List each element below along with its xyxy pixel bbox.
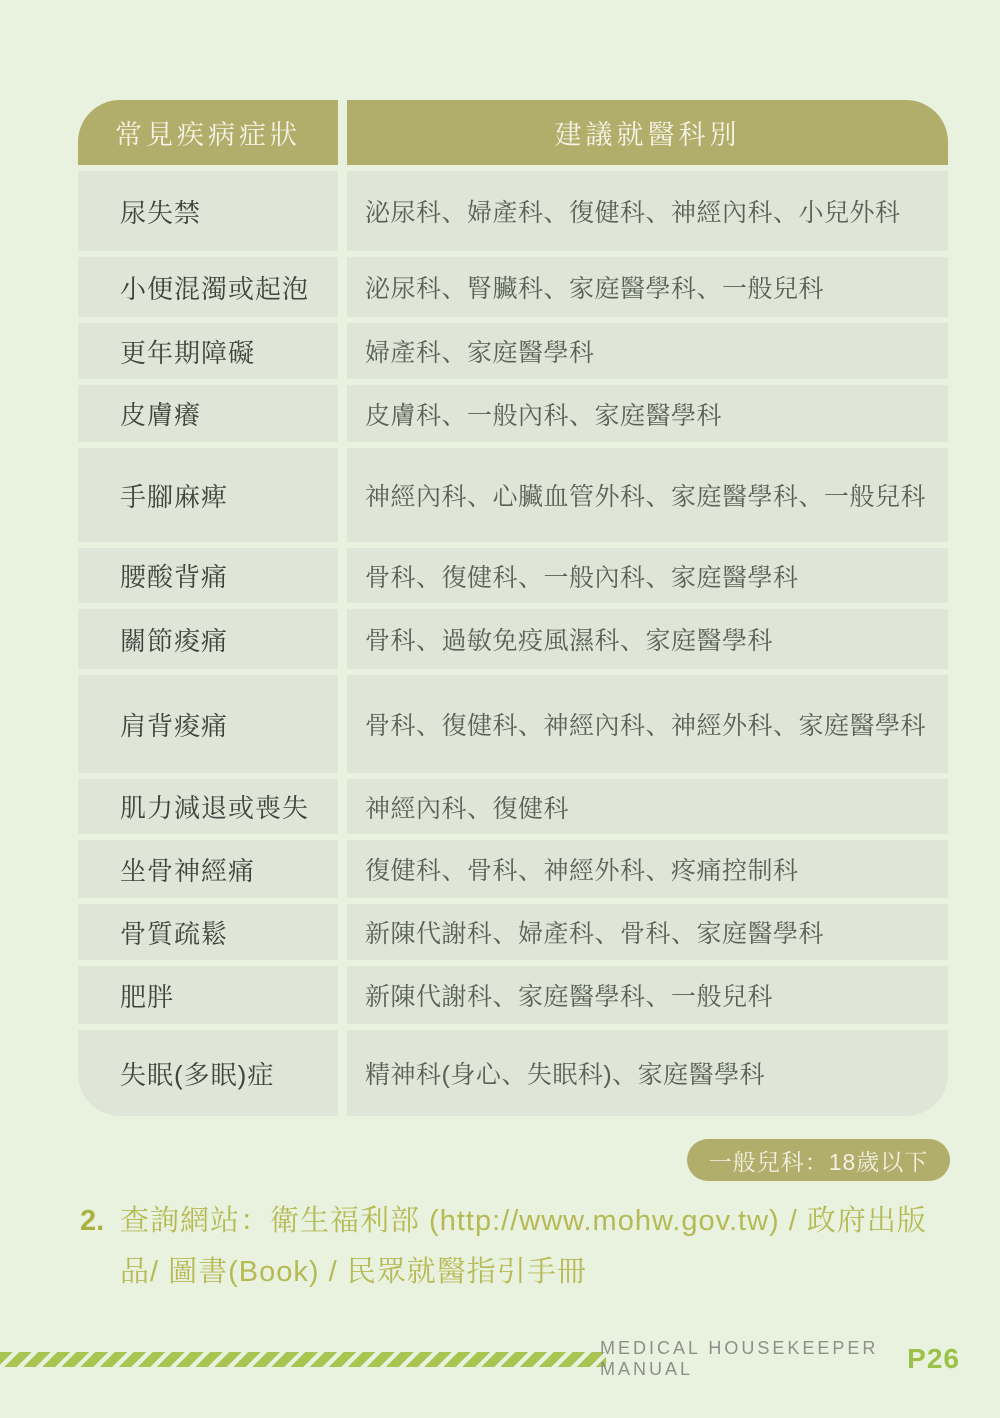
table-row: 手腳麻痺 神經內科、心臟血管外科、家庭醫學科、一般兒科 xyxy=(78,448,948,542)
table-row: 更年期障礙 婦產科、家庭醫學科 xyxy=(78,323,948,379)
symptom-cell: 手腳麻痺 xyxy=(78,448,338,542)
header-symptom-column: 常見疾病症狀 xyxy=(78,100,338,165)
symptom-cell: 腰酸背痛 xyxy=(78,548,338,603)
symptom-cell: 坐骨神經痛 xyxy=(78,840,338,898)
table-row: 肥胖 新陳代謝科、家庭醫學科、一般兒科 xyxy=(78,966,948,1024)
department-cell: 骨科、過敏免疫風濕科、家庭醫學科 xyxy=(347,609,948,669)
table-row: 小便混濁或起泡 泌尿科、腎臟科、家庭醫學科、一般兒科 xyxy=(78,257,948,317)
footer-hatch-stripe xyxy=(0,1352,606,1367)
symptom-cell: 皮膚癢 xyxy=(78,385,338,442)
symptom-cell: 關節痠痛 xyxy=(78,609,338,669)
symptom-cell: 骨質疏鬆 xyxy=(78,904,338,960)
table-row: 骨質疏鬆 新陳代謝科、婦產科、骨科、家庭醫學科 xyxy=(78,904,948,960)
page-number: P26 xyxy=(907,1343,960,1375)
department-cell: 婦產科、家庭醫學科 xyxy=(347,323,948,379)
department-cell: 神經內科、復健科 xyxy=(347,779,948,834)
table-row: 肩背痠痛 骨科、復健科、神經內科、神經外科、家庭醫學科 xyxy=(78,675,948,773)
table-row: 尿失禁 泌尿科、婦產科、復健科、神經內科、小兒外科 xyxy=(78,171,948,251)
department-cell: 復健科、骨科、神經外科、疼痛控制科 xyxy=(347,840,948,898)
symptom-cell: 肌力減退或喪失 xyxy=(78,779,338,834)
department-cell: 精神科(身心、失眠科)、家庭醫學科 xyxy=(347,1030,948,1116)
table-body: 尿失禁 泌尿科、婦產科、復健科、神經內科、小兒外科 小便混濁或起泡 泌尿科、腎臟… xyxy=(78,171,948,1116)
symptom-cell: 小便混濁或起泡 xyxy=(78,257,338,317)
department-cell: 骨科、復健科、一般內科、家庭醫學科 xyxy=(347,548,948,603)
table-row: 肌力減退或喪失 神經內科、復健科 xyxy=(78,779,948,834)
table-row: 皮膚癢 皮膚科、一般內科、家庭醫學科 xyxy=(78,385,948,442)
symptom-department-table: 常見疾病症狀 建議就醫科別 尿失禁 泌尿科、婦產科、復健科、神經內科、小兒外科 … xyxy=(78,100,948,1116)
table-row: 失眠(多眠)症 精神科(身心、失眠科)、家庭醫學科 xyxy=(78,1030,948,1116)
department-cell: 神經內科、心臟血管外科、家庭醫學科、一般兒科 xyxy=(347,448,948,542)
query-website-paragraph: 2. 查詢網站：衛生福利部 (http://www.mohw.gov.tw) /… xyxy=(80,1196,960,1298)
department-cell: 骨科、復健科、神經內科、神經外科、家庭醫學科 xyxy=(347,675,948,773)
footer: MEDICAL HOUSEKEEPER MANUAL P26 xyxy=(600,1338,960,1380)
table-row: 坐骨神經痛 復健科、骨科、神經外科、疼痛控制科 xyxy=(78,840,948,898)
symptom-cell: 肩背痠痛 xyxy=(78,675,338,773)
symptom-cell: 失眠(多眠)症 xyxy=(78,1030,338,1116)
department-cell: 泌尿科、腎臟科、家庭醫學科、一般兒科 xyxy=(347,257,948,317)
list-item-number: 2. xyxy=(80,1196,120,1298)
symptom-cell: 尿失禁 xyxy=(78,171,338,251)
table-row: 關節痠痛 骨科、過敏免疫風濕科、家庭醫學科 xyxy=(78,609,948,669)
table-row: 腰酸背痛 骨科、復健科、一般內科、家庭醫學科 xyxy=(78,548,948,603)
department-cell: 新陳代謝科、家庭醫學科、一般兒科 xyxy=(347,966,948,1024)
symptom-cell: 肥胖 xyxy=(78,966,338,1024)
query-website-text: 查詢網站：衛生福利部 (http://www.mohw.gov.tw) / 政府… xyxy=(120,1196,960,1298)
manual-title: MEDICAL HOUSEKEEPER MANUAL xyxy=(600,1338,889,1380)
symptom-cell: 更年期障礙 xyxy=(78,323,338,379)
table-header-row: 常見疾病症狀 建議就醫科別 xyxy=(78,100,948,165)
header-department-column: 建議就醫科別 xyxy=(347,100,948,165)
department-cell: 泌尿科、婦產科、復健科、神經內科、小兒外科 xyxy=(347,171,948,251)
department-cell: 新陳代謝科、婦產科、骨科、家庭醫學科 xyxy=(347,904,948,960)
department-cell: 皮膚科、一般內科、家庭醫學科 xyxy=(347,385,948,442)
pediatrics-age-note-badge: 一般兒科：18歲以下 xyxy=(687,1139,950,1181)
